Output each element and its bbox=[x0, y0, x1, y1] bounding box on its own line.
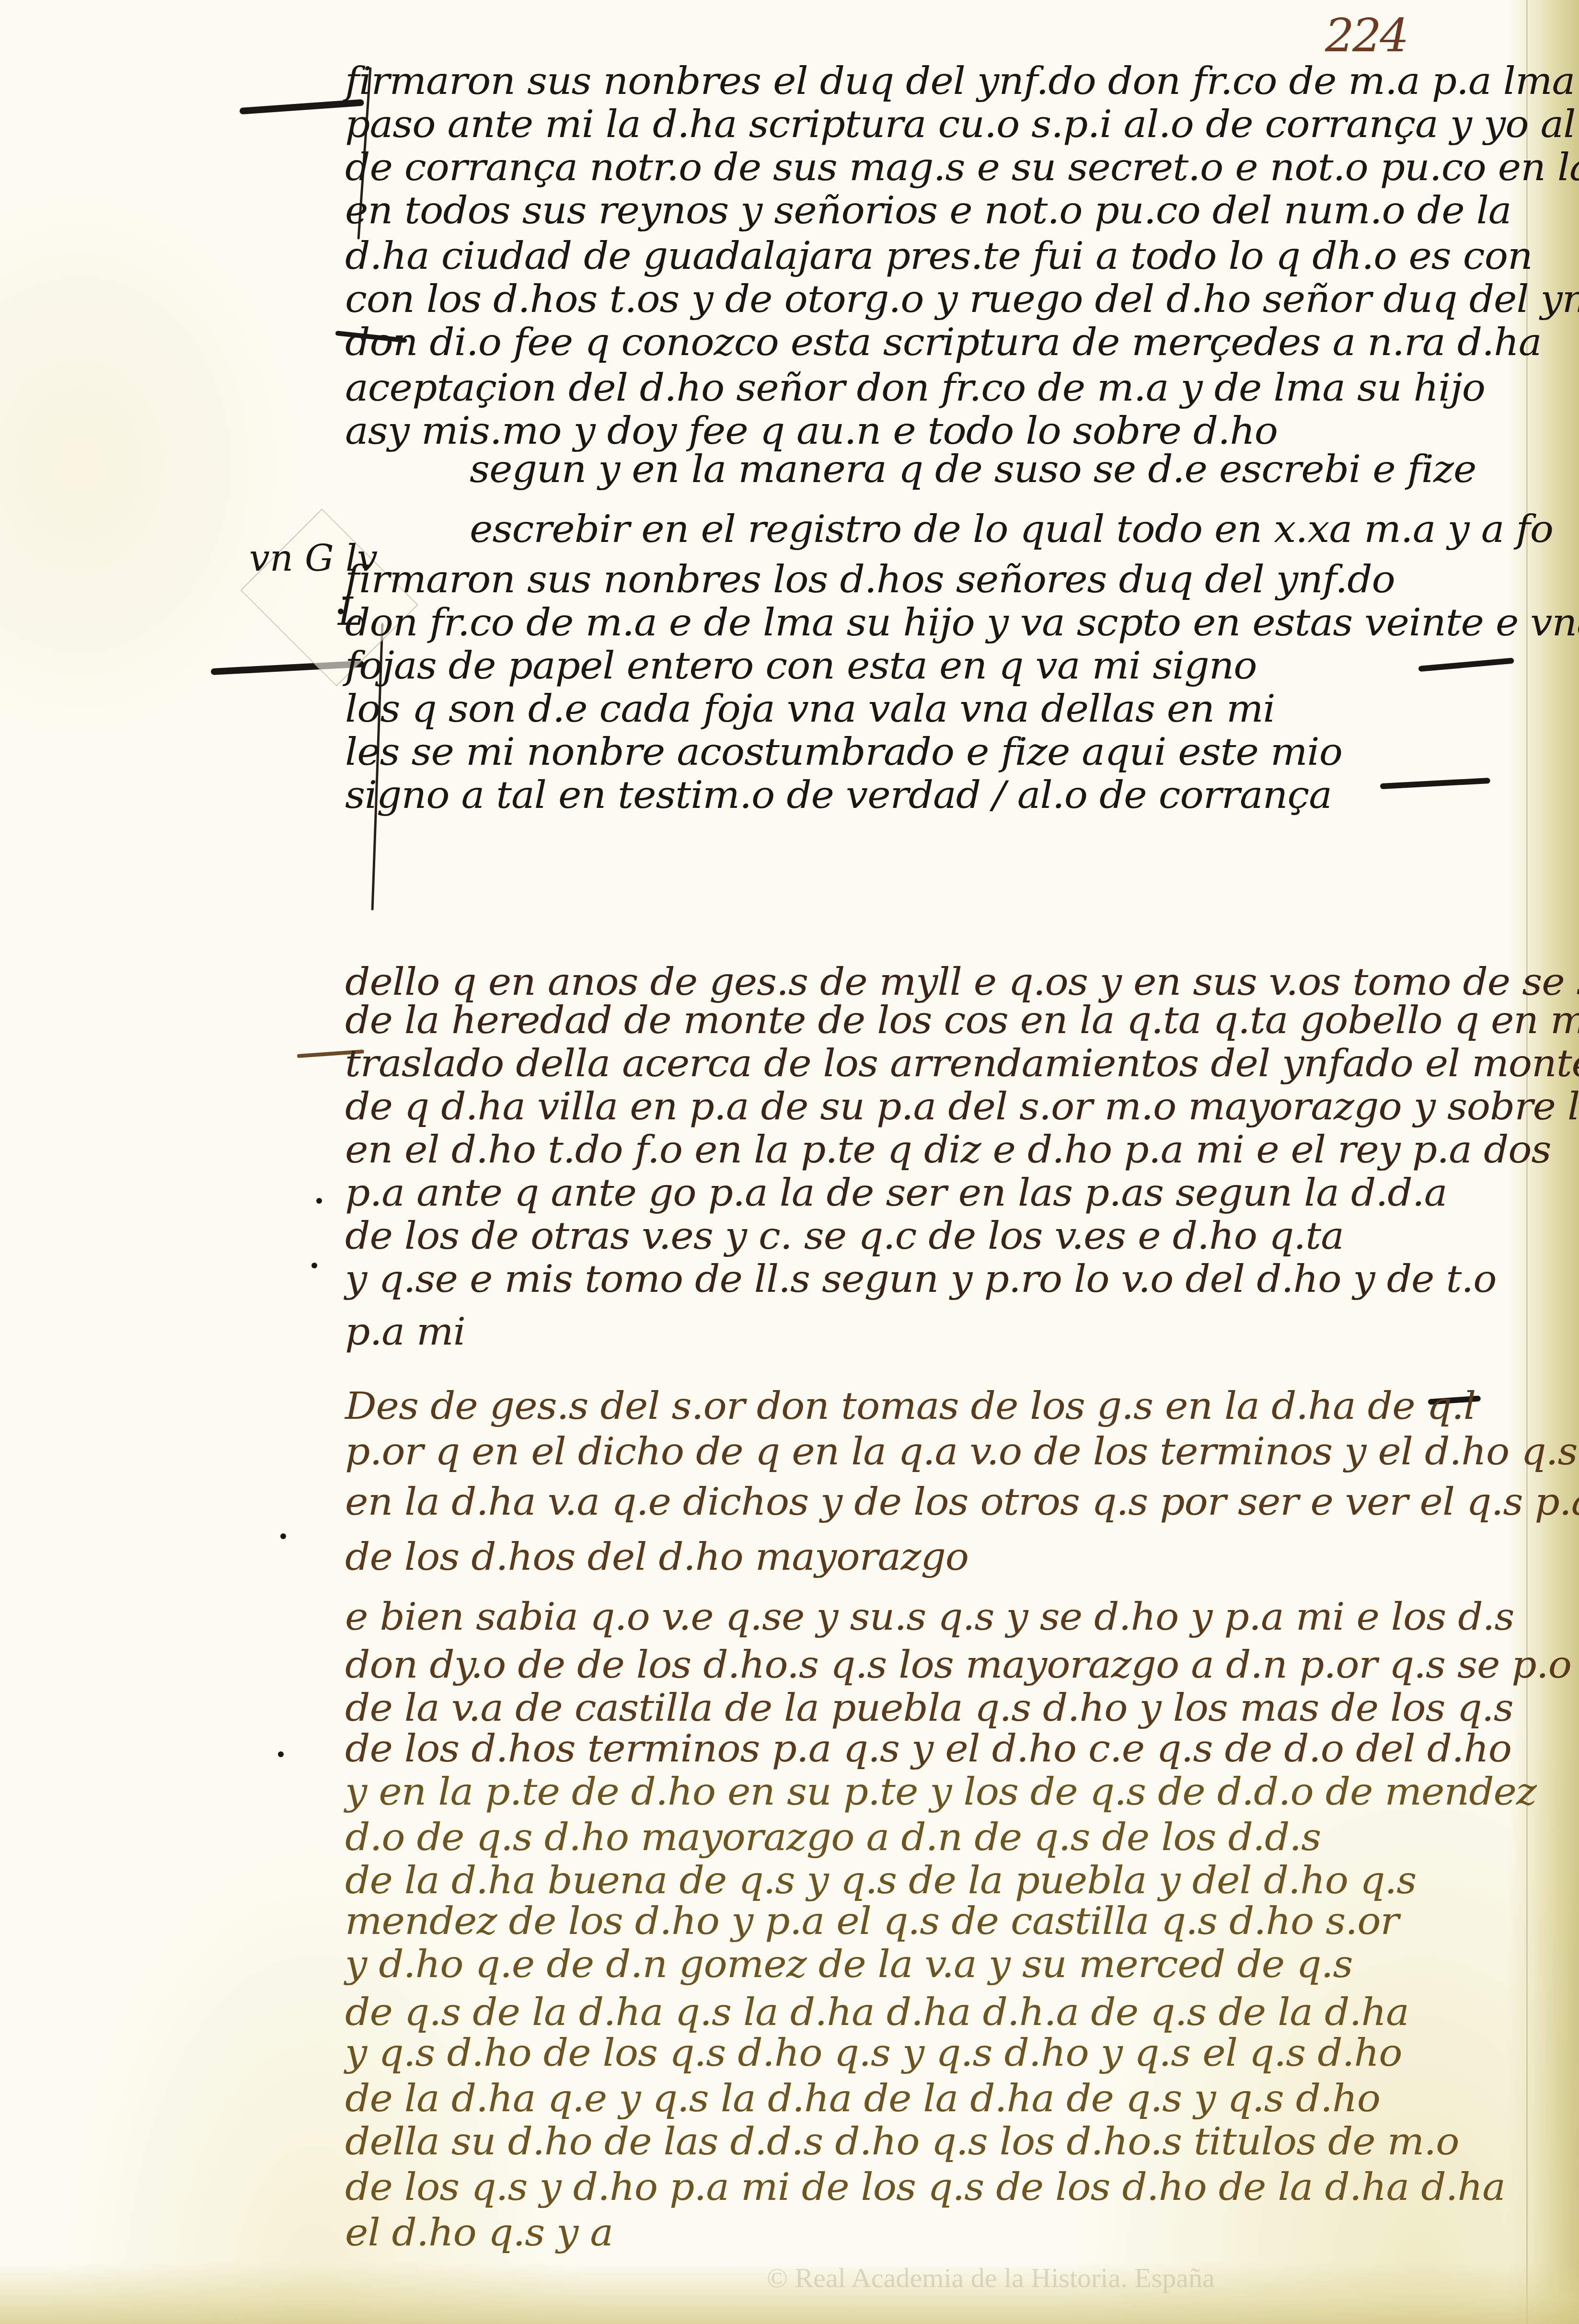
manuscript-line: dello q en anos de ges.s de myll e q.os … bbox=[345, 961, 1579, 1004]
manuscript-line: y d.ho q.e de d.n gomez de la v.a y su m… bbox=[345, 1943, 1352, 1986]
manuscript-line: y en la p.te de d.ho en su p.te y los de… bbox=[345, 1771, 1536, 1814]
manuscript-line: traslado della acerca de los arrendamien… bbox=[345, 1042, 1579, 1085]
margin-dot bbox=[278, 1751, 284, 1757]
margin-dot bbox=[316, 1198, 322, 1204]
manuscript-line: de los de otras v.es y c. se q.c de los … bbox=[345, 1215, 1344, 1258]
margin-dot bbox=[280, 1533, 286, 1539]
manuscript-line: paso ante mi la d.ha scriptura cu.o s.p.… bbox=[345, 103, 1579, 146]
manuscript-line: de los d.hos del d.ho mayorazgo bbox=[345, 1536, 968, 1579]
line-end-dash bbox=[1380, 778, 1490, 789]
manuscript-line: p.or q en el dicho de q en la q.a v.o de… bbox=[345, 1430, 1578, 1473]
manuscript-line: d.ha ciudad de guadalajara pres.te fui a… bbox=[345, 235, 1533, 278]
folio-number: 224 bbox=[1325, 9, 1407, 62]
line-end-dash bbox=[1418, 658, 1514, 672]
manuscript-line: y q.se e mis tomo de ll.s segun y p.ro l… bbox=[345, 1258, 1497, 1301]
manuscript-line: mendez de los d.ho y p.a el q.s de casti… bbox=[345, 1900, 1399, 1943]
manuscript-line: de la v.a de castilla de la puebla q.s d… bbox=[345, 1687, 1513, 1730]
manuscript-line: asy mis.mo y doy fee q au.n e todo lo so… bbox=[345, 410, 1278, 453]
manuscript-line: de q d.ha villa en p.a de su p.a del s.o… bbox=[345, 1085, 1579, 1128]
manuscript-line: de la d.ha buena de q.s y q.s de la pueb… bbox=[345, 1859, 1416, 1902]
manuscript-line: firmaron sus nonbres el duq del ynf.do d… bbox=[345, 60, 1575, 103]
manuscript-line: de la d.ha q.e y q.s la d.ha de la d.ha … bbox=[345, 2077, 1380, 2120]
manuscript-line: de corrança notr.o de sus mag.s e su sec… bbox=[345, 146, 1579, 189]
manuscript-line: don fr.co de m.a e de lma su hijo y va s… bbox=[345, 601, 1579, 644]
manuscript-line: en todos sus reynos y señorios e not.o p… bbox=[345, 189, 1511, 232]
manuscript-line: de los q.s y d.ho p.a mi de los q.s de l… bbox=[345, 2166, 1505, 2209]
manuscript-line: don dy.o de de los d.ho.s q.s los mayora… bbox=[345, 1644, 1571, 1687]
manuscript-line: con los d.hos t.os y de otorg.o y ruego … bbox=[345, 278, 1579, 321]
manuscript-page: 224 vn G lv L firmaron sus nonbres el du… bbox=[0, 0, 1579, 2324]
margin-dot bbox=[311, 1263, 317, 1268]
manuscript-line: de la heredad de monte de los cos en la … bbox=[345, 999, 1579, 1042]
manuscript-line: los q son d.e cada foja vna vala vna del… bbox=[345, 688, 1275, 731]
manuscript-line: p.a ante q ante go p.a la de ser en las … bbox=[345, 1172, 1447, 1215]
manuscript-line: d.o de q.s d.ho mayorazgo a d.n de q.s d… bbox=[345, 1816, 1321, 1859]
manuscript-line: fojas de papel entero con esta en q va m… bbox=[345, 644, 1257, 688]
manuscript-line: segun y en la manera q de suso se d.e es… bbox=[470, 448, 1476, 491]
manuscript-line: don di.o fee q conozco esta scriptura de… bbox=[345, 321, 1542, 364]
manuscript-line: escrebir en el registro de lo qual todo … bbox=[470, 508, 1553, 551]
manuscript-line: el d.ho q.s y a bbox=[345, 2211, 613, 2255]
copyright-watermark: © Real Academia de la Historia. España bbox=[767, 2262, 1215, 2294]
manuscript-line: en el d.ho t.do f.o en la p.te q diz e d… bbox=[345, 1128, 1551, 1172]
manuscript-line: aceptaçion del d.ho señor don fr.co de m… bbox=[345, 367, 1485, 410]
margin-dot bbox=[338, 609, 344, 614]
manuscript-line: signo a tal en testim.o de verdad / al.o… bbox=[345, 774, 1332, 817]
manuscript-line: les se mi nonbre acostumbrado e fize aqu… bbox=[345, 731, 1342, 774]
manuscript-line: de los d.hos terminos p.a q.s y el d.ho … bbox=[345, 1727, 1511, 1771]
manuscript-line: p.a mi bbox=[345, 1311, 465, 1354]
manuscript-line: en la d.ha v.a q.e dichos y de los otros… bbox=[345, 1481, 1579, 1524]
manuscript-line: e bien sabia q.o v.e q.se y su.s q.s y s… bbox=[345, 1596, 1514, 1639]
manuscript-line: y q.s d.ho de los q.s d.ho q.s y q.s d.h… bbox=[345, 2032, 1402, 2075]
manuscript-line: della su d.ho de las d.d.s d.ho q.s los … bbox=[345, 2120, 1459, 2163]
manuscript-line: firmaron sus nonbres los d.hos señores d… bbox=[345, 558, 1395, 601]
manuscript-line: Des de ges.s del s.or don tomas de los g… bbox=[345, 1385, 1475, 1428]
manuscript-line: de q.s de la d.ha q.s la d.ha d.ha d.h.a… bbox=[345, 1991, 1409, 2034]
